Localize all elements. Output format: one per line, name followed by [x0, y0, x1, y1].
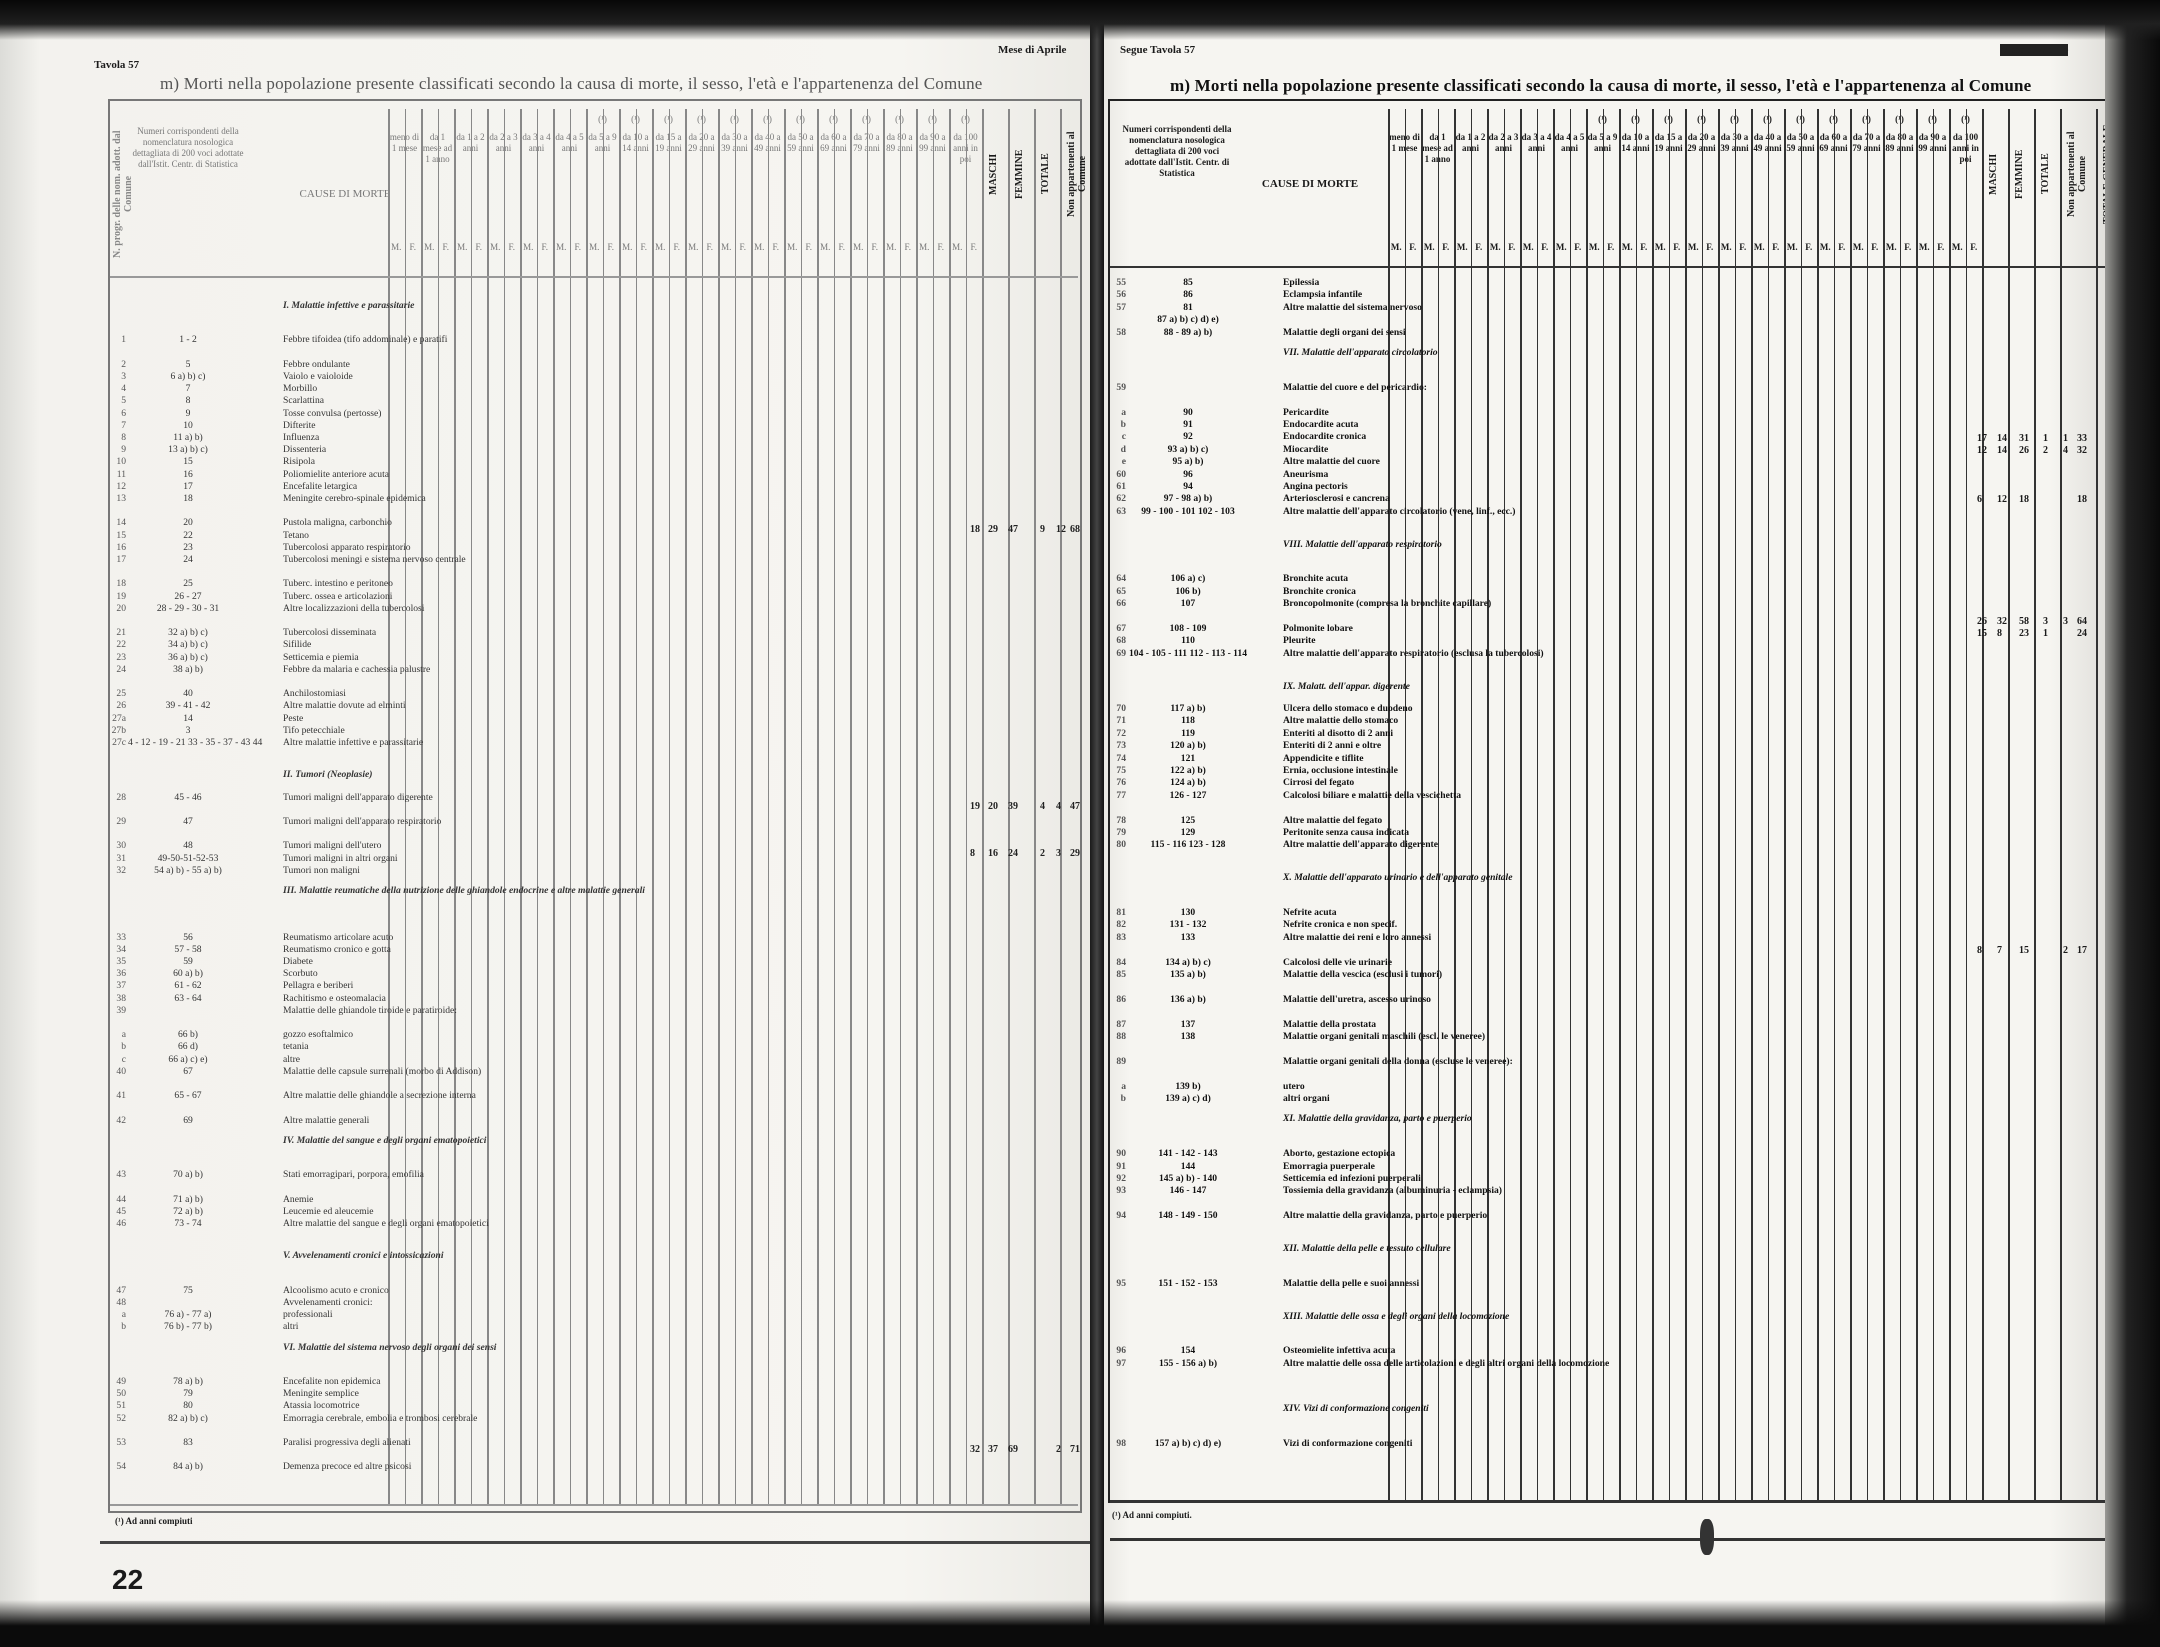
sex-label: F. — [702, 242, 719, 253]
row-number: 7 — [108, 420, 126, 431]
cause-label: Scorbuto — [283, 968, 523, 979]
row-number: 51 — [108, 1400, 126, 1411]
nomenclature-code: 85 — [1128, 277, 1248, 288]
row-number: 27a — [108, 713, 126, 724]
header-rule — [1110, 266, 2108, 268]
row-number: 65 — [1108, 586, 1126, 597]
cause-label: Arteriosclerosi e cancrena — [1283, 493, 1523, 504]
column-rule — [669, 109, 670, 1504]
sex-label: M. — [949, 242, 966, 253]
cause-label: Malattie delle capsule surrenali (morbo … — [283, 1066, 523, 1077]
cause-label: Rachitismo e osteomalacia — [283, 993, 523, 1004]
sex-label: M. — [1454, 242, 1471, 253]
nomenclature-code: 144 — [1128, 1161, 1248, 1172]
cause-label: Tetano — [283, 530, 523, 541]
document-spread: Tavola 57 Mese di Aprile m) Morti nella … — [0, 0, 2160, 1647]
nomenclature-code: 71 a) b) — [128, 1194, 248, 1205]
cause-label: Altre malattie delle ossa delle articola… — [1283, 1358, 1523, 1369]
row-number: 58 — [1108, 327, 1126, 338]
row-number: 12 — [108, 481, 126, 492]
sex-label: F. — [1537, 242, 1554, 253]
nomenclature-code: 57 - 58 — [128, 944, 248, 955]
row-number: 79 — [1108, 827, 1126, 838]
sex-label: M. — [817, 242, 834, 253]
nomenclature-code: 48 — [128, 840, 248, 851]
sex-label: F. — [504, 242, 521, 253]
right-page: Segue Tavola 57 Mese di Aprile m) Morti … — [1100, 14, 2130, 1634]
row-number: c — [108, 1054, 126, 1065]
sex-label: F. — [1834, 242, 1851, 253]
page-number: 22 — [112, 1564, 143, 1596]
nomenclature-code: 108 - 109 — [1128, 623, 1248, 634]
column-rule — [1619, 109, 1621, 1500]
row-number: 70 — [1108, 703, 1126, 714]
cause-label: Encefalite letargica — [283, 481, 523, 492]
row-number: 52 — [108, 1413, 126, 1424]
nomenclature-code: 138 — [1128, 1031, 1248, 1042]
nomenclature-code: 38 a) b) — [128, 664, 248, 675]
sex-label: F. — [834, 242, 851, 253]
nomenclature-code: 6 a) b) c) — [128, 371, 248, 382]
nomenclature-code: 82 a) b) c) — [128, 1413, 248, 1424]
row-number: 57 — [1108, 302, 1126, 313]
nomenclature-code: 4 - 12 - 19 - 21 33 - 35 - 37 - 43 44 — [128, 737, 248, 748]
sex-label: M. — [487, 242, 504, 253]
cause-label: Altre malattie dell'apparato digerente — [1283, 839, 1523, 850]
cause-label: Endocardite acuta — [1283, 419, 1523, 430]
cause-label: III. Malattie reumatiche della nutrizion… — [283, 885, 523, 896]
column-rule — [1586, 109, 1588, 1500]
cause-label: gozzo esoftalmico — [283, 1029, 523, 1040]
nomenclature-code: 9 — [128, 408, 248, 419]
table-bottom-rule — [110, 1504, 1078, 1506]
nomenclature-code: 106 b) — [1128, 586, 1248, 597]
row-number: 93 — [1108, 1185, 1126, 1196]
table-label: Tavola 57 — [94, 59, 139, 71]
cause-label: XIII. Malattie delle ossa e degli organi… — [1283, 1311, 1523, 1322]
cause-label: Tifo petecchiale — [283, 725, 523, 736]
column-rule — [1933, 109, 1934, 1500]
row-number: 38 — [108, 993, 126, 1004]
column-rule — [982, 109, 984, 1504]
sex-label: F. — [735, 242, 752, 253]
nomenclature-code: 91 — [1128, 419, 1248, 430]
column-rule — [1553, 109, 1555, 1500]
cause-label: Altre malattie del fegato — [1283, 815, 1523, 826]
cause-label: Febbre da malaria e cachessia palustre — [283, 664, 523, 675]
column-rule — [817, 109, 819, 1504]
nomenclature-code: 16 — [128, 469, 248, 480]
nomenclature-code: 75 — [128, 1285, 248, 1296]
cause-label: Tumori maligni in altri organi — [283, 853, 523, 864]
cause-label: Tumori maligni dell'apparato respiratori… — [283, 816, 523, 827]
column-rule — [1966, 109, 1967, 1500]
nomenclature-code: 36 a) b) c) — [128, 652, 248, 663]
nomenclature-code: 117 a) b) — [1128, 703, 1248, 714]
cause-label: Reumatismo articolare acuto — [283, 932, 523, 943]
row-number: 84 — [1108, 957, 1126, 968]
column-rule — [883, 109, 885, 1504]
row-number: 88 — [1108, 1031, 1126, 1042]
page-title: m) Morti nella popolazione presente clas… — [1170, 76, 2031, 96]
row-number: 83 — [1108, 932, 1126, 943]
cause-label: Appendicite e tiflite — [1283, 753, 1523, 764]
sex-label: M. — [784, 242, 801, 253]
nomenclature-code: 86 — [1128, 289, 1248, 300]
cause-label: Morbillo — [283, 383, 523, 394]
row-number: 76 — [1108, 777, 1126, 788]
column-rule — [1900, 109, 1901, 1500]
nomenclature-code: 135 a) b) — [1128, 969, 1248, 980]
cause-label: Tuberc. intestino e peritoneo — [283, 578, 523, 589]
sex-label: F. — [867, 242, 884, 253]
sex-label: M. — [1949, 242, 1966, 253]
page-edge-shadow — [2105, 0, 2160, 1647]
row-number: 55 — [1108, 277, 1126, 288]
column-rule — [570, 109, 571, 1504]
cause-label: Osteomielite infettiva acuta — [1283, 1345, 1523, 1356]
row-number: 94 — [1108, 1210, 1126, 1221]
row-number: 39 — [108, 1005, 126, 1016]
column-rule — [1867, 109, 1868, 1500]
nomenclature-code: 73 - 74 — [128, 1218, 248, 1229]
row-number: 86 — [1108, 994, 1126, 1005]
row-number: b — [1108, 419, 1126, 430]
cause-label: Tumori non maligni — [283, 865, 523, 876]
row-number: b — [108, 1041, 126, 1052]
nomenclature-code: 60 a) b) — [128, 968, 248, 979]
row-number: 4 — [108, 383, 126, 394]
row-number: 91 — [1108, 1161, 1126, 1172]
cause-label: Risipola — [283, 456, 523, 467]
row-number: 90 — [1108, 1148, 1126, 1159]
cause-label: professionali — [283, 1309, 523, 1320]
column-rule — [718, 109, 720, 1504]
row-number: 13 — [108, 493, 126, 504]
sex-label: M. — [1883, 242, 1900, 253]
cause-label: Febbre ondulante — [283, 359, 523, 370]
column-rule — [537, 109, 538, 1504]
code-column-header: Numeri corrispondenti della nomenclatura… — [128, 126, 248, 170]
row-number: 87 — [1108, 1019, 1126, 1030]
column-rule — [2008, 109, 2010, 1500]
row-number: 72 — [1108, 728, 1126, 739]
nomenclature-code: 106 a) c) — [1128, 573, 1248, 584]
nomenclature-code: 76 b) - 77 b) — [128, 1321, 248, 1332]
column-rule — [1768, 109, 1769, 1500]
nomenclature-code: 136 a) b) — [1128, 994, 1248, 1005]
cause-label: Peritonite senza causa indicata — [1283, 827, 1523, 838]
column-rule — [1949, 109, 1951, 1500]
cause-label: Malattie della prostata — [1283, 1019, 1523, 1030]
cause-label: Aborto, gestazione ectopica — [1283, 1148, 1523, 1159]
row-number: 61 — [1108, 481, 1126, 492]
column-rule — [834, 109, 835, 1504]
cause-label: Demenza precoce ed altre psicosi — [283, 1461, 523, 1472]
column-rule — [685, 109, 687, 1504]
cause-label: Altre malattie infettive e parassitarie — [283, 737, 523, 748]
cause-label: II. Tumori (Neoplasie) — [283, 769, 523, 780]
row-number: 97 — [1108, 1358, 1126, 1369]
sex-label: M. — [1718, 242, 1735, 253]
totals-header: TOTALE — [1040, 114, 1054, 234]
row-number: 96 — [1108, 1345, 1126, 1356]
cause-label: utero — [1283, 1081, 1523, 1092]
column-rule — [1916, 109, 1918, 1500]
cause-label: Altre malattie dei reni e loro annessi — [1283, 932, 1523, 943]
row-number: 56 — [1108, 289, 1126, 300]
cause-label: Febbre tifoidea (tifo addominale) e para… — [283, 334, 523, 345]
cause-label: Altre localizzazioni della tubercolosi — [283, 603, 523, 614]
nomenclature-code: 76 a) - 77 a) — [128, 1309, 248, 1320]
row-number: 26 — [108, 700, 126, 711]
sex-label: M. — [1685, 242, 1702, 253]
cause-label: Poliomielite anteriore acuta — [283, 469, 523, 480]
column-rule — [1685, 109, 1687, 1500]
sex-label: M. — [553, 242, 570, 253]
cause-label: Ernia, occlusione intestinale — [1283, 765, 1523, 776]
page-rule — [100, 1541, 1090, 1544]
column-rule — [966, 109, 967, 1504]
sex-label: F. — [801, 242, 818, 253]
cause-label: Malattie delle ghiandole tiroide e parat… — [283, 1005, 523, 1016]
row-number: 31 — [108, 853, 126, 864]
row-number: 98 — [1108, 1438, 1126, 1449]
cause-label: Altre malattie del cuore — [1283, 456, 1523, 467]
month-label: Mese di Aprile — [998, 44, 1066, 56]
cause-label: Altre malattie del sangue e degli organi… — [283, 1218, 523, 1229]
sex-label: F. — [537, 242, 554, 253]
cause-label: Setticemia ed infezioni puerperali — [1283, 1173, 1523, 1184]
cause-label: Polmonite lobare — [1283, 623, 1523, 634]
column-rule — [1850, 109, 1852, 1500]
nomenclature-code: 125 — [1128, 815, 1248, 826]
nomenclature-code: 66 a) c) e) — [128, 1054, 248, 1065]
nomenclature-code: 134 a) b) c) — [1128, 957, 1248, 968]
row-number: 75 — [1108, 765, 1126, 776]
cause-label: Angina pectoris — [1283, 481, 1523, 492]
sex-label: F. — [1966, 242, 1983, 253]
nomenclature-code: 120 a) b) — [1128, 740, 1248, 751]
row-number: 24 — [108, 664, 126, 675]
nomenclature-code: 119 — [1128, 728, 1248, 739]
cause-label: Malattie degli organi dei sensi — [1283, 327, 1523, 338]
column-rule — [1751, 109, 1753, 1500]
nomenclature-code: 151 - 152 - 153 — [1128, 1278, 1248, 1289]
row-number: a — [108, 1029, 126, 1040]
sex-label: F. — [1504, 242, 1521, 253]
nomenclature-code: 20 — [128, 517, 248, 528]
cause-label: XIV. Vizi di conformazione congeniti — [1283, 1403, 1523, 1414]
column-rule — [553, 109, 555, 1504]
sex-label: M. — [850, 242, 867, 253]
cause-label: Aneurisma — [1283, 469, 1523, 480]
sex-label: M. — [454, 242, 471, 253]
table-label: Segue Tavola 57 — [1120, 44, 1195, 56]
row-number: 28 — [108, 792, 126, 803]
column-rule — [768, 109, 769, 1504]
row-number: 69 — [1108, 648, 1126, 659]
row-number: 95 — [1108, 1278, 1126, 1289]
row-number: 6 — [108, 408, 126, 419]
cause-label: Alcoolismo acuto e cronico — [283, 1285, 523, 1296]
sex-label: M. — [1784, 242, 1801, 253]
cause-label: VI. Malattie del sistema nervoso degli o… — [283, 1342, 523, 1353]
sex-label: F. — [669, 242, 686, 253]
sex-label: F. — [768, 242, 785, 253]
nomenclature-code: 131 - 132 — [1128, 919, 1248, 930]
cause-label: Scarlattina — [283, 395, 523, 406]
month-label: Mese di Aprile — [2000, 44, 2068, 56]
cause-label: Paralisi progressiva degli alienati — [283, 1437, 523, 1448]
row-number: 41 — [108, 1090, 126, 1101]
row-number: 63 — [1108, 506, 1126, 517]
nomenclature-code: 17 — [128, 481, 248, 492]
row-number: a — [1108, 1081, 1126, 1092]
nomenclature-code: 3 — [128, 725, 248, 736]
sex-label: M. — [685, 242, 702, 253]
cause-label: Anchilostomiasi — [283, 688, 523, 699]
nomenclature-code: 22 — [128, 530, 248, 541]
nomenclature-code: 139 b) — [1128, 1081, 1248, 1092]
nomenclature-code: 59 — [128, 956, 248, 967]
row-number: 66 — [1108, 598, 1126, 609]
cause-label: Pellagra e beriberi — [283, 980, 523, 991]
row-number: b — [108, 1321, 126, 1332]
cause-label: Altre malattie delle ghiandole a secrezi… — [283, 1090, 523, 1101]
column-rule — [1735, 109, 1736, 1500]
row-number: 35 — [108, 956, 126, 967]
row-number: 43 — [108, 1169, 126, 1180]
nomenclature-code: 155 - 156 a) b) — [1128, 1358, 1248, 1369]
column-rule — [1834, 109, 1835, 1500]
nomenclature-code: 14 — [128, 713, 248, 724]
sex-label: M. — [1520, 242, 1537, 253]
nomenclature-code: 121 — [1128, 753, 1248, 764]
row-number: 10 — [108, 456, 126, 467]
row-number: 32 — [108, 865, 126, 876]
page-title: m) Morti nella popolazione presente clas… — [160, 74, 983, 94]
nomenclature-code: 78 a) b) — [128, 1376, 248, 1387]
column-rule — [1702, 109, 1703, 1500]
sex-label: M. — [1586, 242, 1603, 253]
column-rule — [2034, 109, 2036, 1500]
sex-label: F. — [1900, 242, 1917, 253]
row-number: 34 — [108, 944, 126, 955]
row-number: 48 — [108, 1297, 126, 1308]
cause-label: Broncopolmonite (compresa la bronchite c… — [1283, 598, 1523, 609]
sex-label: F. — [1603, 242, 1620, 253]
row-number: 59 — [1108, 382, 1126, 393]
column-rule — [1603, 109, 1604, 1500]
sex-label: F. — [636, 242, 653, 253]
row-number: 29 — [108, 816, 126, 827]
nomenclature-code: 47 — [128, 816, 248, 827]
nomenclature-code: 81 — [1128, 302, 1248, 313]
cause-label: Enteriti di 2 anni e oltre — [1283, 740, 1523, 751]
row-number: 68 — [1108, 635, 1126, 646]
cause-label: I. Malattie infettive e parassitarie — [283, 300, 523, 311]
sex-label: M. — [421, 242, 438, 253]
totals-header: TOTALE — [2040, 114, 2054, 234]
row-number: 78 — [1108, 815, 1126, 826]
sex-label: M. — [751, 242, 768, 253]
nomenclature-code: 24 — [128, 554, 248, 565]
nomenclature-code: 154 — [1128, 1345, 1248, 1356]
footnote: (¹) Ad anni compiuti — [115, 1516, 192, 1526]
cause-label: Altre malattie generali — [283, 1115, 523, 1126]
sex-label: M. — [1619, 242, 1636, 253]
cause-label: Malattie organi genitali maschili (escl.… — [1283, 1031, 1523, 1042]
nomenclature-code: 70 a) b) — [128, 1169, 248, 1180]
row-number: 46 — [108, 1218, 126, 1229]
column-rule — [1636, 109, 1637, 1500]
row-number: 2 — [108, 359, 126, 370]
column-rule — [784, 109, 786, 1504]
row-number: 16 — [108, 542, 126, 553]
column-rule — [1784, 109, 1786, 1500]
cause-label: Diabete — [283, 956, 523, 967]
sex-label: F. — [471, 242, 488, 253]
cause-label: Avvelenamenti cronici: — [283, 1297, 523, 1308]
nomenclature-code: 96 — [1128, 469, 1248, 480]
cause-label: Vaiolo e vaioloide — [283, 371, 523, 382]
row-number: 47 — [108, 1285, 126, 1296]
row-number: 64 — [1108, 573, 1126, 584]
row-number: 81 — [1108, 907, 1126, 918]
sex-label: F. — [1933, 242, 1950, 253]
sex-label: F. — [1405, 242, 1422, 253]
row-number: 21 — [108, 627, 126, 638]
cause-label: Vizi di conformazione congeniti — [1283, 1438, 1523, 1449]
row-number: 77 — [1108, 790, 1126, 801]
nomenclature-code: 99 - 100 - 101 102 - 103 — [1128, 506, 1248, 517]
row-number: 22 — [108, 639, 126, 650]
scan-bottom-shadow — [0, 1600, 2160, 1647]
sex-label: M. — [916, 242, 933, 253]
cause-label: Stati emorragipari, porpora, emofilia — [283, 1169, 523, 1180]
sex-label: M. — [388, 242, 405, 253]
cause-label: Pericardite — [1283, 407, 1523, 418]
row-number: 54 — [108, 1461, 126, 1472]
cause-label: Influenza — [283, 432, 523, 443]
sex-label: F. — [1735, 242, 1752, 253]
row-number: 15 — [108, 530, 126, 541]
sex-label: F. — [603, 242, 620, 253]
cause-label: Tosse convulsa (pertosse) — [283, 408, 523, 419]
scan-top-shadow — [0, 0, 2160, 40]
sex-label: M. — [1652, 242, 1669, 253]
cause-label: Altre malattie dell'apparato circolatori… — [1283, 506, 1523, 517]
cause-label: Malattie del cuore e del pericardio: — [1283, 382, 1523, 393]
nomenclature-code: 32 a) b) c) — [128, 627, 248, 638]
row-number: 36 — [108, 968, 126, 979]
row-number: 92 — [1108, 1173, 1126, 1184]
column-rule — [735, 109, 736, 1504]
nomenclature-code: 133 — [1128, 932, 1248, 943]
row-number: 17 — [108, 554, 126, 565]
nomenclature-code: 92 — [1128, 431, 1248, 442]
nomenclature-code: 66 b) — [128, 1029, 248, 1040]
nomenclature-code: 34 a) b) c) — [128, 639, 248, 650]
sex-label: F. — [438, 242, 455, 253]
cause-label: Pustola maligna, carbonchio — [283, 517, 523, 528]
cause-label: Altre malattie dell'apparato respiratori… — [1283, 648, 1523, 659]
row-number: 11 — [108, 469, 126, 480]
row-number: a — [1108, 407, 1126, 418]
row-number: 85 — [1108, 969, 1126, 980]
column-rule — [1652, 109, 1654, 1500]
